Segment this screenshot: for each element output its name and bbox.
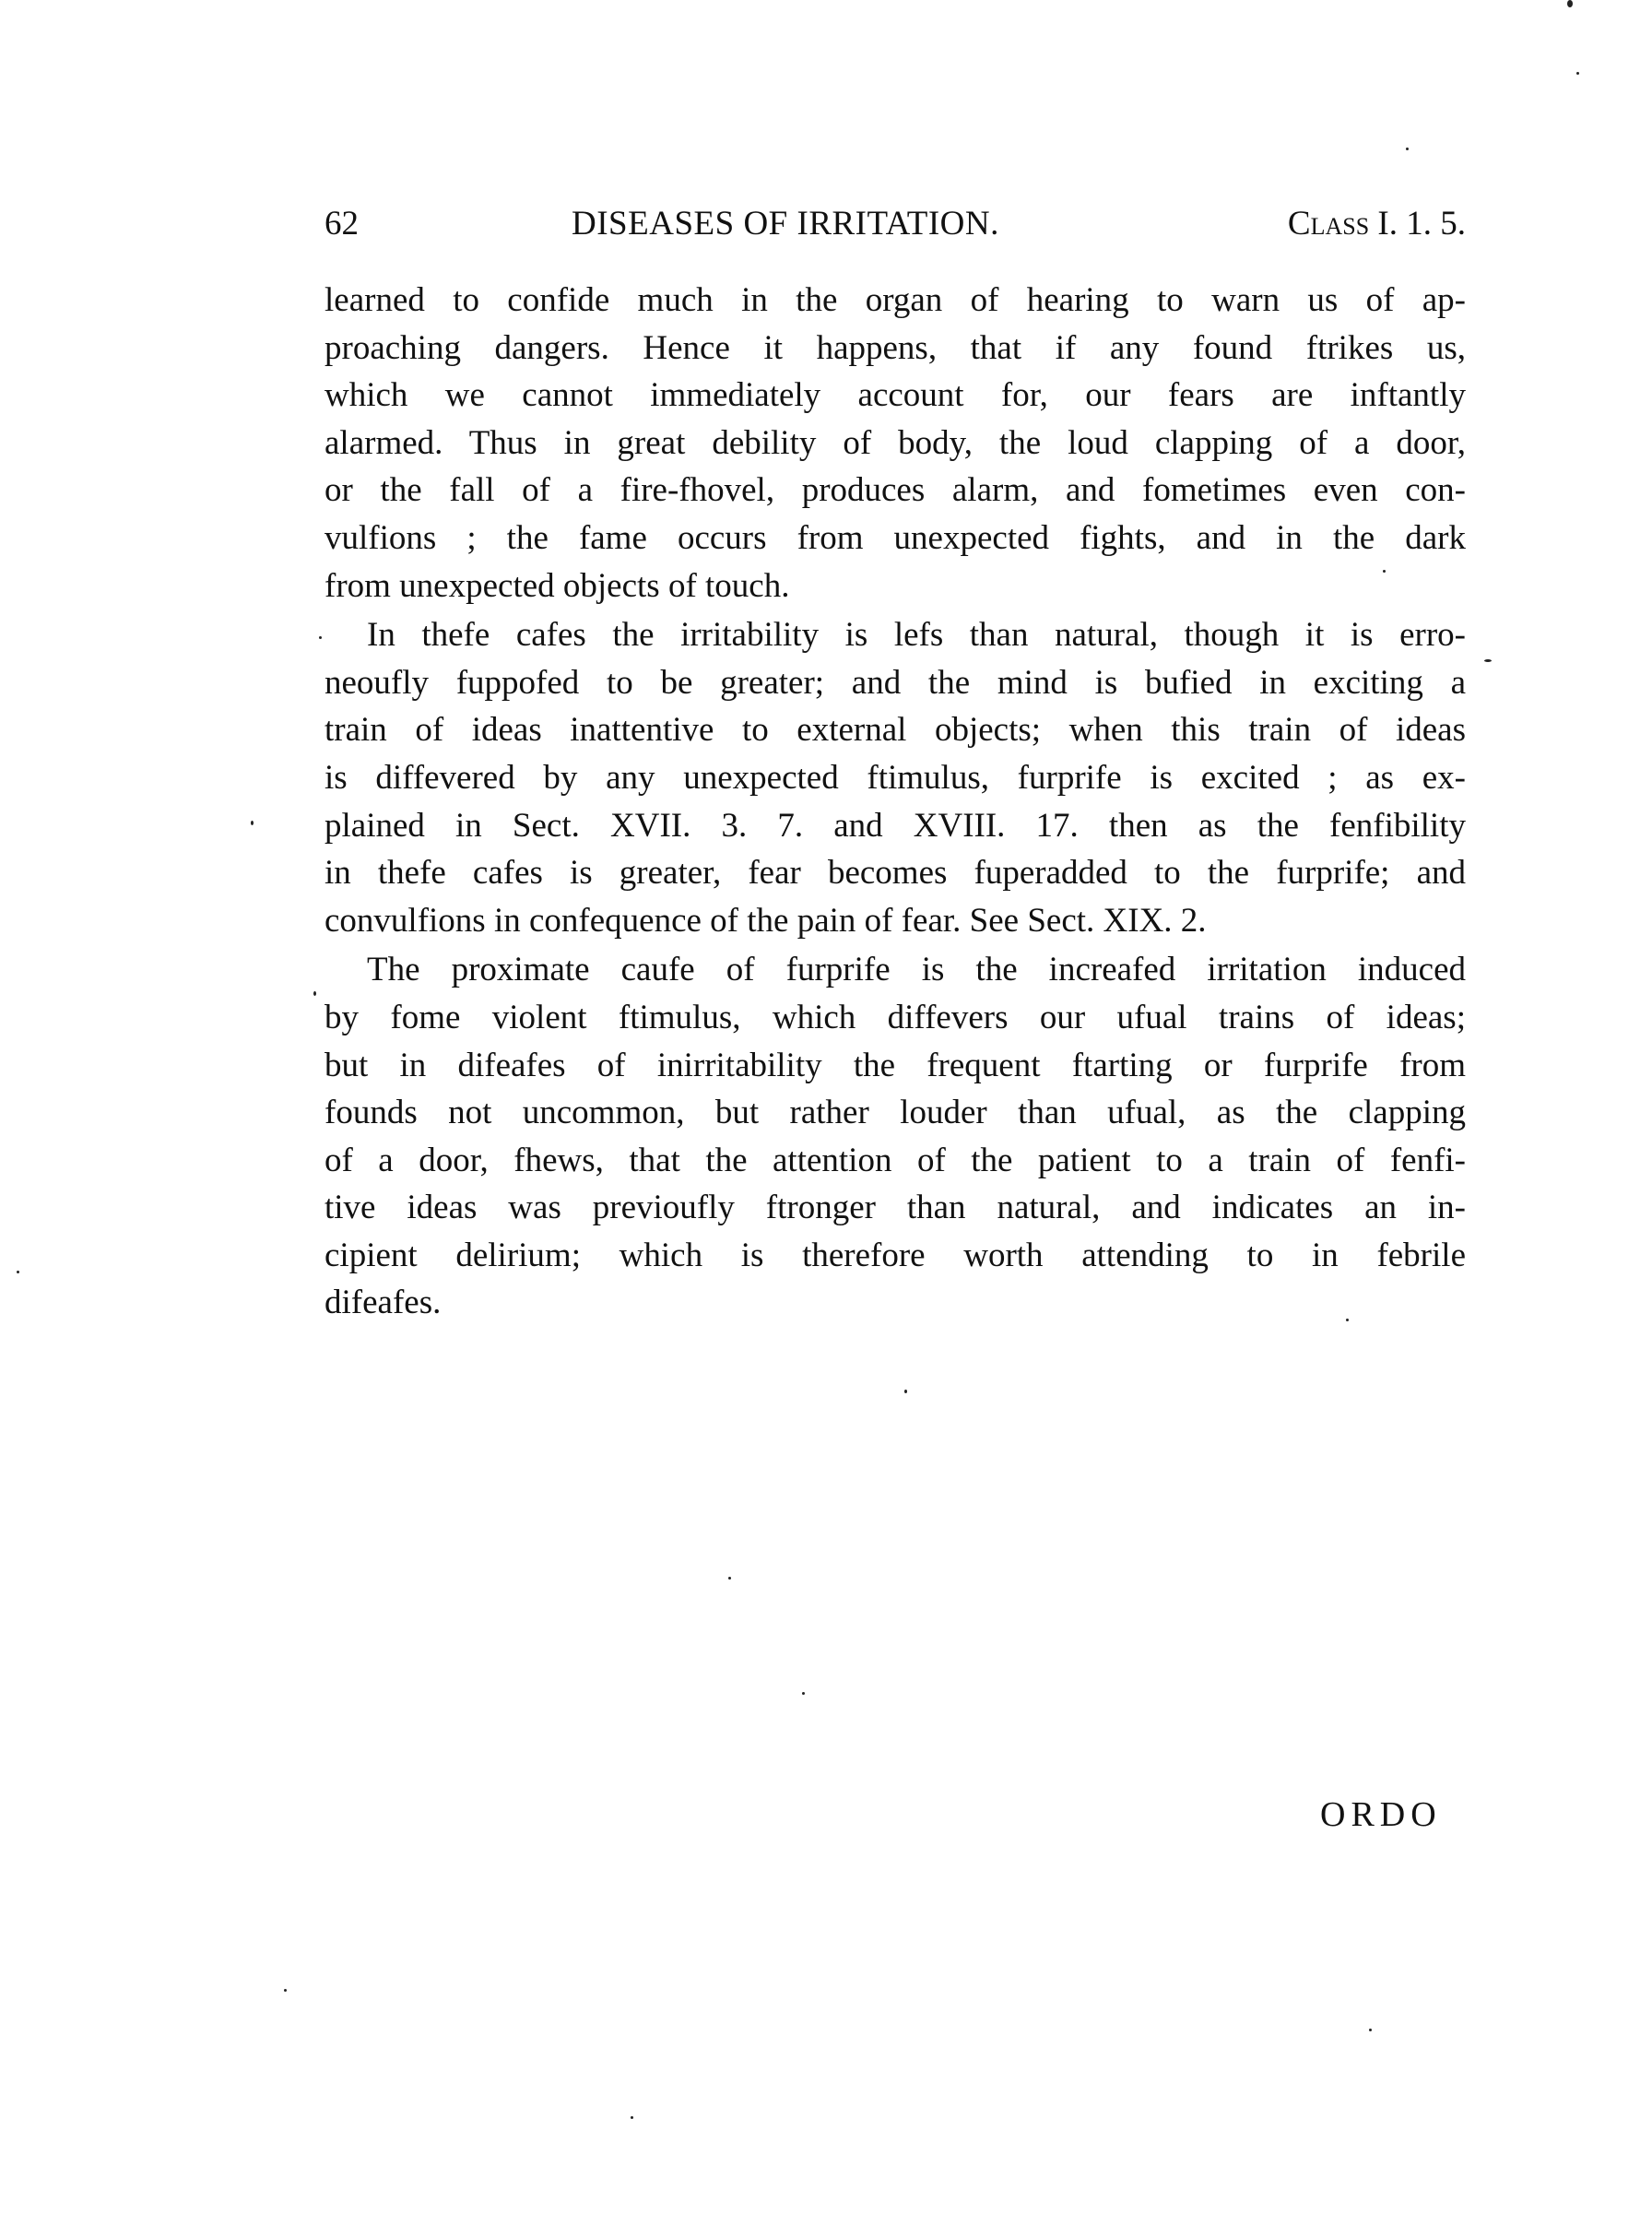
paragraph: In thefe cafes the irritability is lefs … [324, 611, 1466, 944]
text-line: tive ideas was previoufly ftronger than … [324, 1184, 1466, 1232]
section-reference: Class I. 1. 5. [1288, 203, 1466, 245]
scan-speck [1484, 659, 1492, 662]
scan-speck [802, 1692, 805, 1695]
text-line: of a door, fhews, that the attention of … [324, 1137, 1466, 1185]
text-line: convulfions in confequence of the pain o… [324, 897, 1466, 945]
text-line: proaching dangers. Hence it happens, tha… [324, 325, 1466, 373]
text-line: from unexpected objects of touch. [324, 562, 1466, 610]
running-head: 62 DISEASES OF IRRITATION. Class I. 1. 5… [324, 203, 1466, 245]
text-line: plained in Sect. XVII. 3. 7. and XVIII. … [324, 802, 1466, 850]
scan-speck [319, 636, 322, 639]
text-line: learned to confide much in the organ of … [324, 277, 1466, 325]
text-line: founds not uncommon, but rather louder t… [324, 1089, 1466, 1137]
text-line: or the fall of a fire-fhovel, produces a… [324, 467, 1466, 515]
paragraph: The proximate caufe of furprife is the i… [324, 946, 1466, 1327]
scan-speck [313, 991, 316, 996]
page-number: 62 [324, 203, 359, 245]
scan-speck [1346, 1319, 1349, 1321]
scan-speck [1406, 148, 1409, 150]
body-text: learned to confide much in the organ of … [324, 277, 1466, 1327]
scan-speck [251, 821, 254, 825]
scan-speck [1567, 0, 1573, 7]
text-line: train of ideas inattentive to external o… [324, 706, 1466, 754]
book-page: 62 DISEASES OF IRRITATION. Class I. 1. 5… [0, 0, 1652, 2213]
scan-speck [1576, 72, 1579, 75]
text-line: by fome violent ftimulus, which diffever… [324, 994, 1466, 1042]
text-line: vulfions ; the fame occurs from unexpect… [324, 515, 1466, 562]
text-line: which we cannot immediately account for,… [324, 372, 1466, 420]
text-line: In thefe cafes the irritability is lefs … [324, 611, 1466, 659]
text-line: is diffevered by any unexpected ftimulus… [324, 754, 1466, 802]
text-line: cipient delirium; which is therefore wor… [324, 1232, 1466, 1280]
scan-speck [1383, 570, 1386, 573]
paragraph: learned to confide much in the organ of … [324, 277, 1466, 609]
text-line: difeafes. [324, 1279, 1466, 1327]
catchword: ORDO [1320, 1793, 1442, 1836]
text-line: in thefe cafes is greater, fear becomes … [324, 849, 1466, 897]
scan-speck [17, 1271, 19, 1273]
text-line: alarmed. Thus in great debility of body,… [324, 420, 1466, 467]
scan-speck [728, 1577, 731, 1580]
text-line: The proximate caufe of furprife is the i… [324, 946, 1466, 994]
text-line: but in difeafes of inirritability the fr… [324, 1042, 1466, 1090]
scan-speck [284, 1989, 287, 1992]
scan-speck [904, 1390, 907, 1393]
scan-speck [1369, 2029, 1372, 2031]
text-line: neoufly fuppofed to be greater; and the … [324, 659, 1466, 707]
scan-speck [631, 2116, 633, 2119]
running-title: DISEASES OF IRRITATION. [572, 203, 999, 245]
